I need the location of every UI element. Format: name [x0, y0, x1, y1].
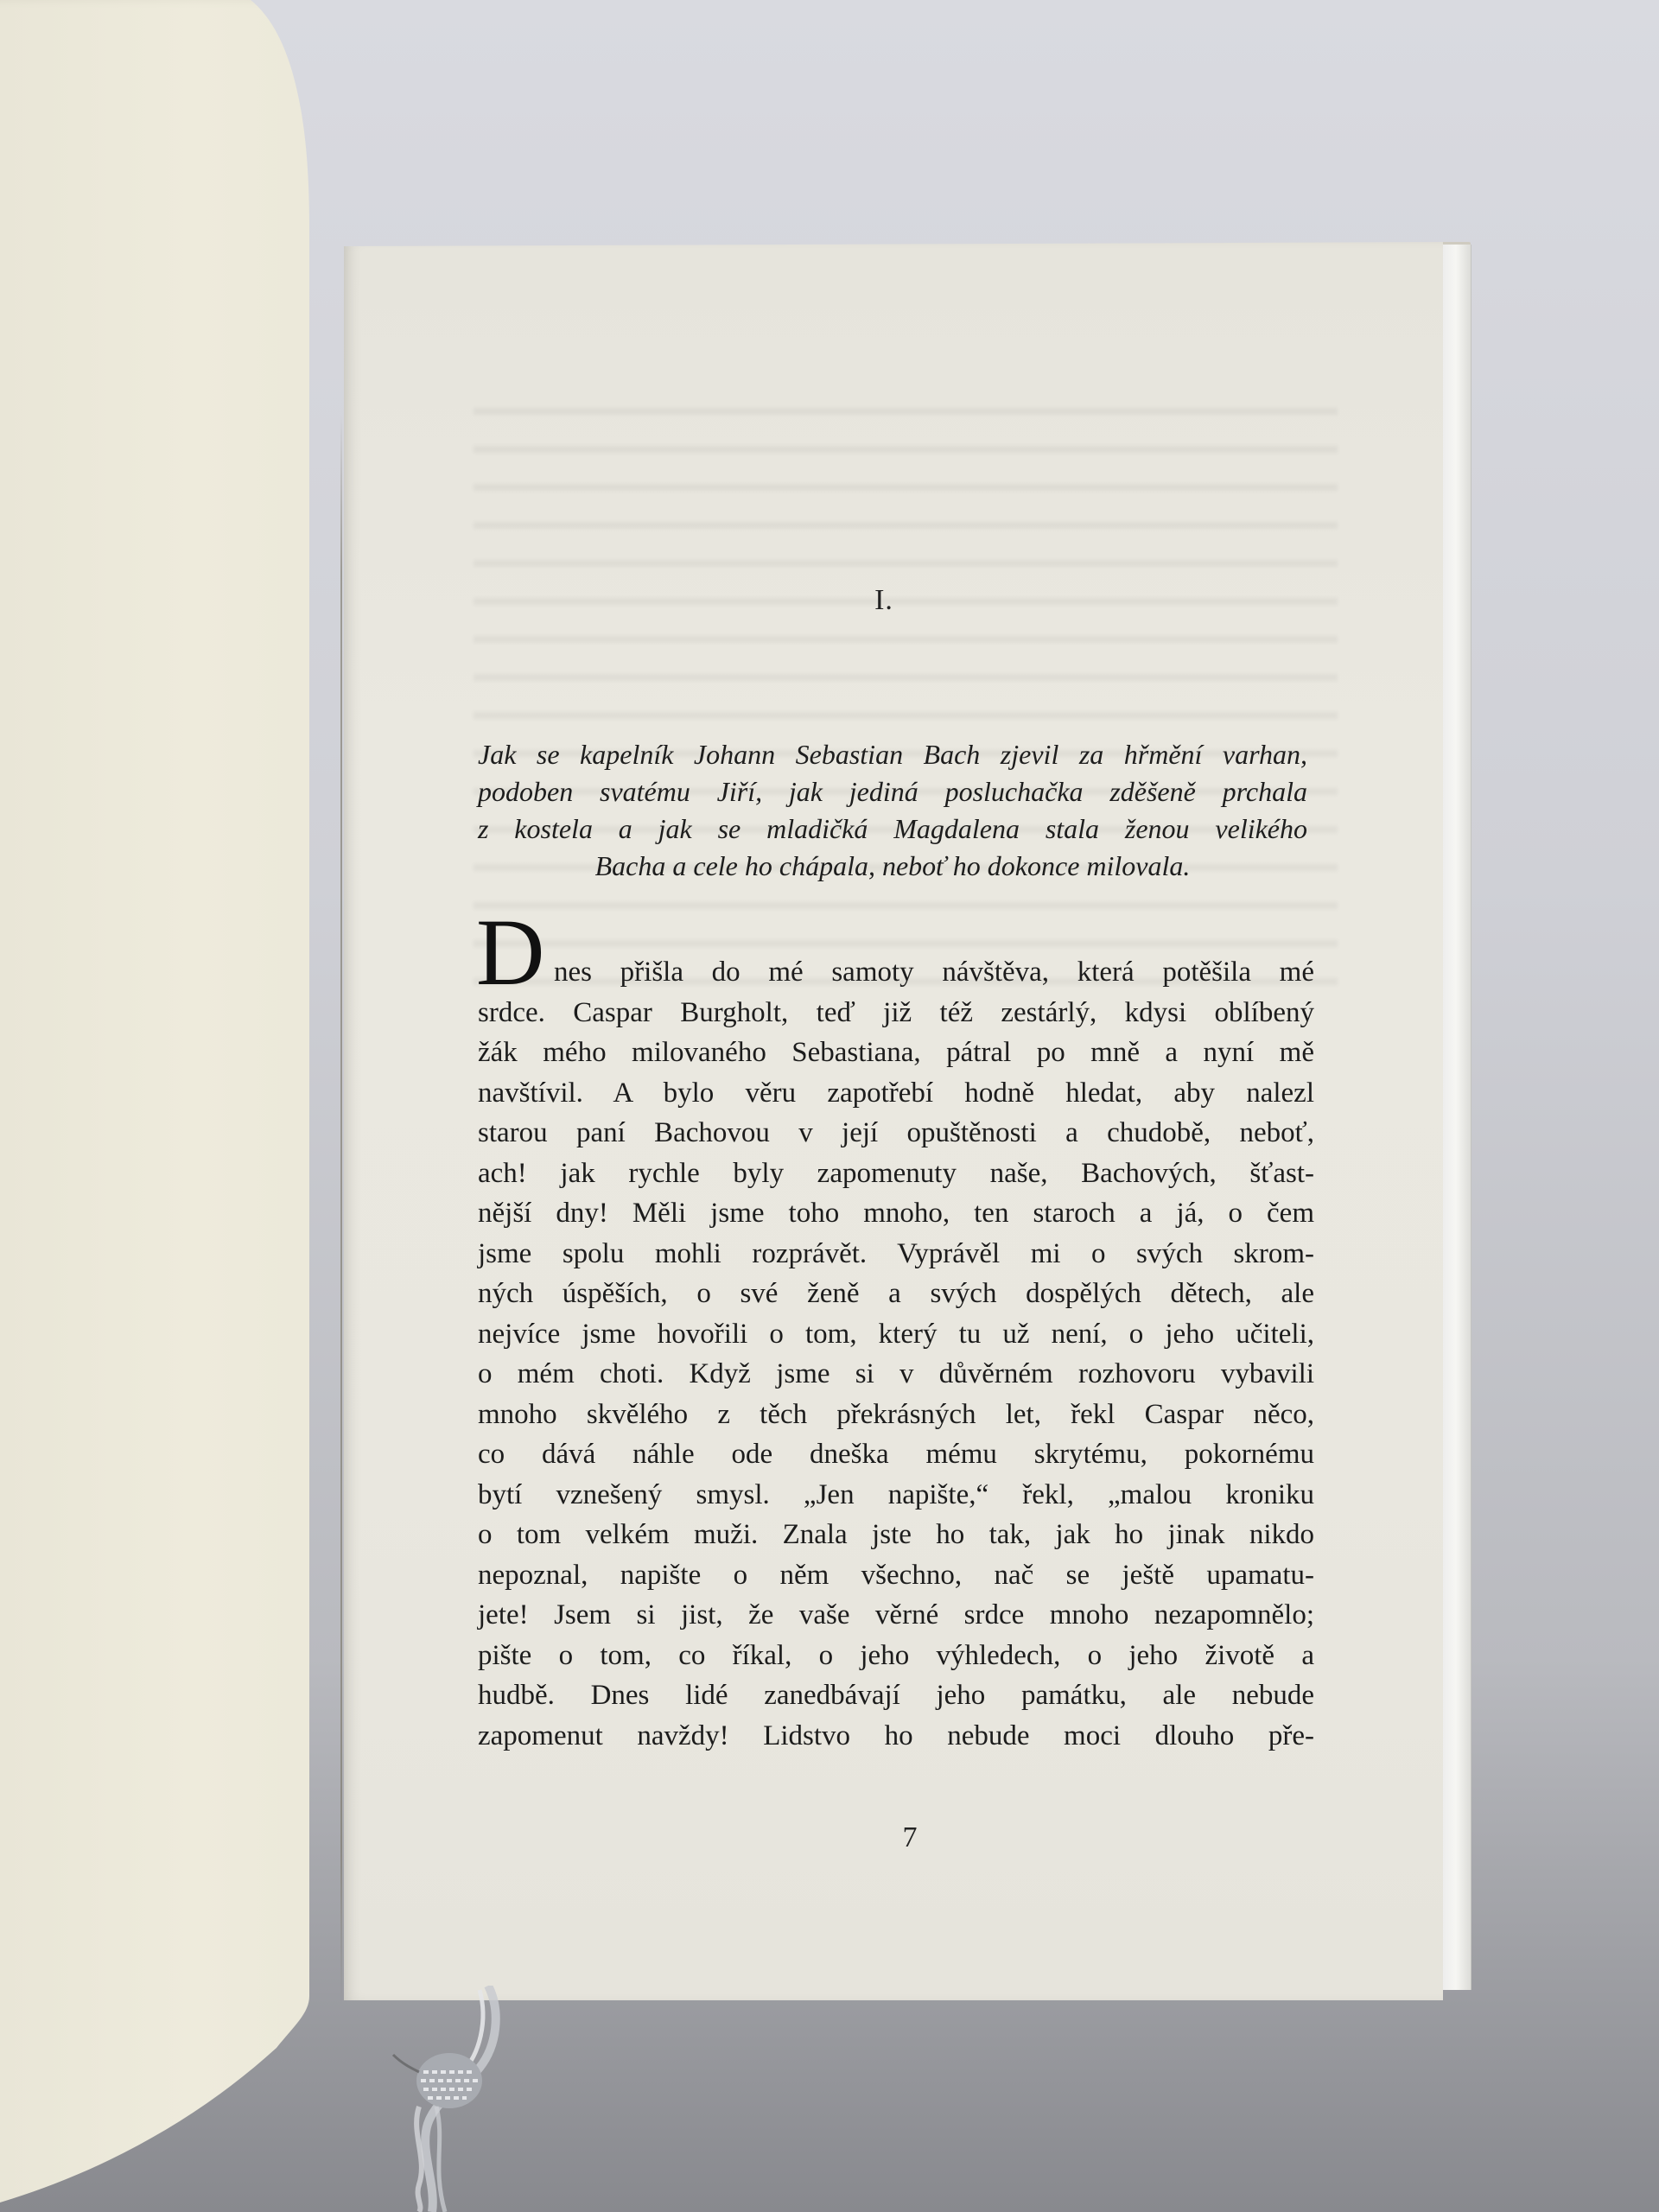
- summary-line: Bacha a cele ho chápala, neboť ho dokonc…: [478, 848, 1307, 885]
- body-line: o mém choti. Když jsme si v důvěrném roz…: [478, 1354, 1314, 1395]
- body-line-first: D nes přišla do mé samoty návštěva, kter…: [478, 952, 1314, 993]
- body-line-text: nes přišla do mé samoty návštěva, která …: [554, 957, 1314, 988]
- body-line: zapomenut navždy! Lidstvo ho nebude moci…: [478, 1716, 1314, 1757]
- body-line: srdce. Caspar Burgholt, teď již též zest…: [478, 993, 1314, 1033]
- back-cover-edge: [1441, 245, 1471, 1990]
- chapter-number: I.: [478, 584, 1290, 617]
- summary-line: z kostela a jak se mladičká Magdalena st…: [478, 810, 1307, 848]
- body-line: žák mého milovaného Sebastiana, pátral p…: [478, 1033, 1314, 1073]
- body-line: ach! jak rychle byly zapomenuty naše, Ba…: [478, 1154, 1314, 1194]
- bleed-through-texture: [474, 389, 1338, 994]
- body-line: co dává náhle ode dneška mému skrytému, …: [478, 1434, 1314, 1475]
- body-line: navštívil. A bylo věru zapotřebí hodně h…: [478, 1073, 1314, 1114]
- body-line: jsme spolu mohli rozprávět. Vyprávěl mi …: [478, 1234, 1314, 1274]
- body-line: pište o tom, co říkal, o jeho výhledech,…: [478, 1636, 1314, 1676]
- body-line: mnoho skvělého z těch překrásných let, ř…: [478, 1395, 1314, 1435]
- summary-line: podoben svatému Jiří, jak jediná posluch…: [478, 773, 1307, 810]
- body-line: starou paní Bachovou v její opuštěnosti …: [478, 1113, 1314, 1154]
- chapter-summary: Jak se kapelník Johann Sebastian Bach zj…: [478, 736, 1307, 885]
- bookmark-ribbon-icon: [307, 1986, 514, 2212]
- body-line: ných úspěších, o své ženě a svých dospěl…: [478, 1274, 1314, 1314]
- body-line: o tom velkém muži. Znala jste ho tak, ja…: [478, 1515, 1314, 1555]
- body-line: bytí vznešený smysl. „Jen napište,“ řekl…: [478, 1475, 1314, 1516]
- body-line: nější dny! Měli jsme toho mnoho, ten sta…: [478, 1193, 1314, 1234]
- page-number: 7: [478, 1821, 1342, 1854]
- body-line: nejvíce jsme hovořili o tom, který tu už…: [478, 1314, 1314, 1355]
- left-page: [0, 0, 346, 2212]
- page-gutter: [340, 415, 342, 2005]
- drop-cap: D: [476, 909, 544, 995]
- body-line: nepoznal, napište o něm všechno, nač se …: [478, 1555, 1314, 1596]
- summary-line: Jak se kapelník Johann Sebastian Bach zj…: [478, 736, 1307, 773]
- body-line: hudbě. Dnes lidé zanedbávají jeho památk…: [478, 1675, 1314, 1716]
- body-text: D nes přišla do mé samoty návštěva, kter…: [478, 938, 1314, 1756]
- body-line: jete! Jsem si jist, že vaše věrné srdce …: [478, 1595, 1314, 1636]
